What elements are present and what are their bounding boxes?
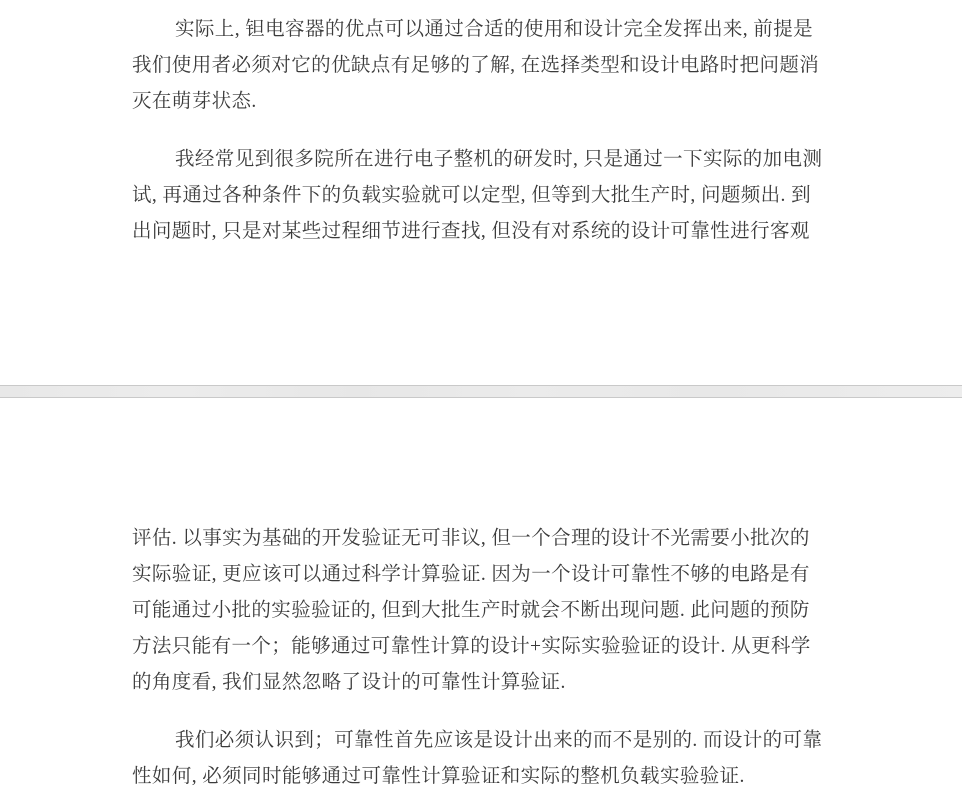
document-viewer[interactable]: 实际上, 钽电容器的优点可以通过合适的使用和设计完全发挥出来, 前提是我们使用者… — [0, 0, 962, 799]
page-1-text-block: 实际上, 钽电容器的优点可以通过合适的使用和设计完全发挥出来, 前提是我们使用者… — [132, 12, 834, 250]
text-line: 实际验证, 更应该可以通过科学计算验证. 因为一个设计可靠性不够的电路是有 — [132, 557, 834, 593]
page-2-text-block: 评估. 以事实为基础的开发验证无可非议, 但一个合理的设计不光需要小批次的实际验… — [132, 521, 834, 795]
text-line: 我经常见到很多院所在进行电子整机的研发时, 只是通过一下实际的加电测 — [132, 142, 834, 178]
document-page-1: 实际上, 钽电容器的优点可以通过合适的使用和设计完全发挥出来, 前提是我们使用者… — [0, 0, 962, 385]
text-line: 的角度看, 我们显然忽略了设计的可靠性计算验证. — [132, 665, 834, 701]
text-line: 灭在萌芽状态. — [132, 84, 834, 120]
page-break-divider — [0, 385, 962, 398]
text-line: 性如何, 必须同时能够通过可靠性计算验证和实际的整机负载实验验证. — [132, 759, 834, 795]
text-line: 可能通过小批的实验验证的, 但到大批生产时就会不断出现问题. 此问题的预防 — [132, 593, 834, 629]
text-line: 实际上, 钽电容器的优点可以通过合适的使用和设计完全发挥出来, 前提是 — [132, 12, 834, 48]
text-line: 我们必须认识到；可靠性首先应该是设计出来的而不是别的. 而设计的可靠 — [132, 723, 834, 759]
text-line: 方法只能有一个；能够通过可靠性计算的设计+实际实验验证的设计. 从更科学 — [132, 629, 834, 665]
text-line: 试, 再通过各种条件下的负载实验就可以定型, 但等到大批生产时, 问题频出. 到 — [132, 178, 834, 214]
document-page-2: 评估. 以事实为基础的开发验证无可非议, 但一个合理的设计不光需要小批次的实际验… — [0, 398, 962, 799]
text-line: 评估. 以事实为基础的开发验证无可非议, 但一个合理的设计不光需要小批次的 — [132, 521, 834, 557]
text-line: 我们使用者必须对它的优缺点有足够的了解, 在选择类型和设计电路时把问题消 — [132, 48, 834, 84]
text-line: 出问题时, 只是对某些过程细节进行查找, 但没有对系统的设计可靠性进行客观 — [132, 214, 834, 250]
